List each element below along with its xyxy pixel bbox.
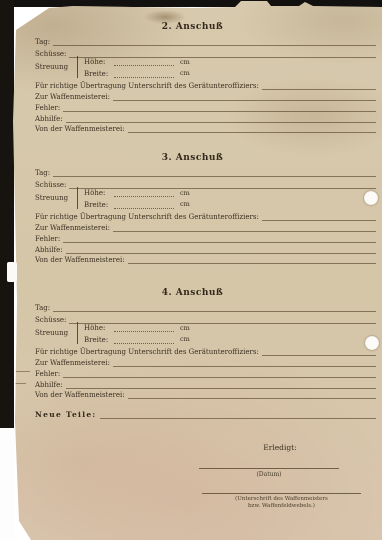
photo-background-left — [0, 0, 14, 430]
streuung-group: Streuung Höhe: cm Breite: cm — [35, 322, 190, 344]
fill-line — [128, 122, 376, 133]
fill-line — [114, 332, 174, 344]
field-row-uebertragung: Für richtige Übertragung Unterschrift de… — [35, 80, 376, 90]
streuung-group: Streuung Höhe: cm Breite: cm — [35, 56, 190, 78]
field-label: Zur Waffenmeisterei: — [35, 93, 110, 101]
section-title: 4. Anschuß — [35, 288, 376, 298]
field-label: Breite: — [84, 336, 114, 344]
unit-label: cm — [180, 336, 190, 344]
field-row-abhilfe: Abhilfe: — [35, 113, 376, 123]
fill-line — [63, 232, 376, 243]
field-row-breite: Breite: cm — [84, 67, 190, 78]
field-row-uebertragung: Für richtige Übertragung Unterschrift de… — [35, 346, 376, 356]
unit-label: cm — [180, 325, 190, 333]
field-label: Höhe: — [84, 189, 114, 197]
field-label: Von der Waffenmeisterei: — [35, 125, 125, 133]
form-section-3-anschuss: 3. Anschuß Tag: Schüsse: Streuung Höhe: … — [35, 153, 376, 271]
field-row-fehler: Fehler: — [35, 102, 376, 112]
field-label: Zur Waffenmeisterei: — [35, 224, 110, 232]
photo-background-top — [0, 0, 382, 7]
field-label: Tag: — [35, 38, 50, 46]
field-row-hoehe: Höhe: cm — [84, 187, 190, 198]
fill-line — [113, 356, 376, 367]
fill-line — [63, 367, 376, 378]
scanned-form-page: 2. Anschuß Tag: Schüsse: Streuung Höhe: … — [13, 1, 382, 540]
field-row-von-der-waffenmeisterei: Von der Waffenmeisterei: — [35, 123, 376, 133]
brace-divider — [77, 56, 78, 78]
signature-line — [202, 486, 361, 494]
brace-divider — [77, 187, 78, 209]
field-row-abhilfe: Abhilfe: — [35, 379, 376, 389]
unit-label: cm — [180, 70, 190, 78]
unit-label: cm — [180, 190, 190, 198]
field-label: Fehler: — [35, 370, 60, 378]
field-row-zur-waffenmeisterei: Zur Waffenmeisterei: — [35, 357, 376, 367]
field-row-von-der-waffenmeisterei: Von der Waffenmeisterei: — [35, 254, 376, 264]
fill-line — [114, 321, 174, 333]
field-label: Zur Waffenmeisterei: — [35, 359, 110, 367]
signature-caption: (Unterschrift des Waffenmeisters bzw. Wa… — [202, 496, 361, 509]
fill-line — [66, 243, 376, 254]
field-row-zur-waffenmeisterei: Zur Waffenmeisterei: — [35, 91, 376, 101]
field-row-hoehe: Höhe: cm — [84, 322, 190, 333]
section-title: 2. Anschuß — [35, 22, 376, 32]
field-row-fehler: Fehler: — [35, 233, 376, 243]
field-label: Von der Waffenmeisterei: — [35, 256, 125, 264]
field-row-tag: Tag: — [35, 302, 376, 312]
field-label: Fehler: — [35, 104, 60, 112]
margin-mark — [14, 383, 26, 384]
field-row-zur-waffenmeisterei: Zur Waffenmeisterei: — [35, 222, 376, 232]
field-label: Streuung — [35, 194, 77, 202]
fill-line — [113, 221, 376, 232]
fill-line — [128, 253, 376, 264]
torn-edge-notch — [7, 262, 17, 282]
fill-line — [114, 186, 174, 198]
field-row-hoehe: Höhe: cm — [84, 56, 190, 67]
fill-line — [114, 66, 174, 78]
field-row-uebertragung: Für richtige Übertragung Unterschrift de… — [35, 211, 376, 221]
field-row-fehler: Fehler: — [35, 368, 376, 378]
fill-line — [53, 35, 376, 46]
date-signature-line — [199, 461, 339, 469]
field-row-tag: Tag: — [35, 36, 376, 46]
section-title: 3. Anschuß — [35, 153, 376, 163]
field-label: Fehler: — [35, 235, 60, 243]
fill-line — [262, 345, 376, 356]
fill-line — [128, 388, 376, 399]
fill-line — [114, 55, 174, 67]
unit-label: cm — [180, 201, 190, 209]
field-label: Höhe: — [84, 324, 114, 332]
form-section-2-anschuss: 2. Anschuß Tag: Schüsse: Streuung Höhe: … — [35, 22, 376, 140]
field-label: Streuung — [35, 63, 77, 71]
field-label: Breite: — [84, 201, 114, 209]
brace-divider — [77, 322, 78, 344]
field-row-abhilfe: Abhilfe: — [35, 244, 376, 254]
field-row-tag: Tag: — [35, 167, 376, 177]
signature-caption-line2: bzw. Waffenfeldwebels.) — [248, 503, 315, 509]
field-row-breite: Breite: cm — [84, 333, 190, 344]
unit-label: cm — [180, 59, 190, 67]
field-label: Höhe: — [84, 58, 114, 66]
form-section-4-anschuss: 4. Anschuß Tag: Schüsse: Streuung Höhe: … — [35, 288, 376, 406]
field-label: Von der Waffenmeisterei: — [35, 391, 125, 399]
erledigt-label: Erledigt: — [199, 443, 361, 452]
streuung-group: Streuung Höhe: cm Breite: cm — [35, 187, 190, 209]
photo-background-bottom-left — [0, 428, 15, 540]
field-row-breite: Breite: cm — [84, 198, 190, 209]
margin-mark — [14, 371, 30, 372]
fill-line — [53, 301, 376, 312]
signature-caption-line1: (Unterschrift des Waffenmeisters — [235, 496, 328, 502]
fill-line — [66, 112, 376, 123]
field-label: Tag: — [35, 304, 50, 312]
fill-line — [262, 79, 376, 90]
fill-line — [113, 90, 376, 101]
field-label: Abhilfe: — [35, 381, 63, 389]
fill-line — [63, 101, 376, 112]
field-label: Breite: — [84, 70, 114, 78]
hole-punch — [364, 191, 378, 205]
fill-line — [66, 378, 376, 389]
field-label: Streuung — [35, 329, 77, 337]
fill-line — [262, 210, 376, 221]
fill-line — [114, 197, 174, 209]
field-row-neue-teile: Neue Teile: — [35, 407, 376, 419]
field-label: Abhilfe: — [35, 246, 63, 254]
datum-caption: (Datum) — [199, 471, 339, 478]
field-label: Tag: — [35, 169, 50, 177]
field-label: Abhilfe: — [35, 115, 63, 123]
hole-punch — [365, 336, 379, 350]
field-row-von-der-waffenmeisterei: Von der Waffenmeisterei: — [35, 389, 376, 399]
fill-line — [100, 406, 377, 419]
fill-line — [53, 166, 376, 177]
field-label: Neue Teile: — [35, 411, 97, 419]
